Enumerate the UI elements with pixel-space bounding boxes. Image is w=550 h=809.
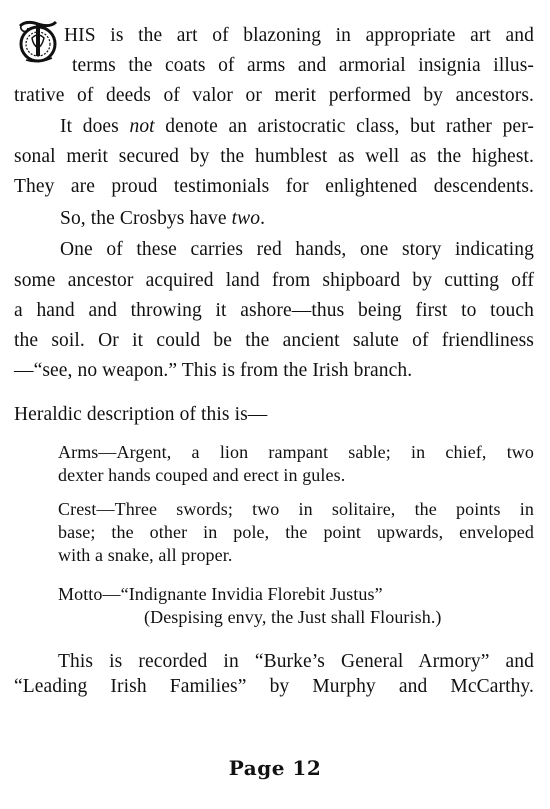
arms-line-2: dexter hands couped and erect in gules. bbox=[58, 466, 345, 484]
para3-suffix: . bbox=[260, 208, 265, 229]
motto-translation: (Despising envy, the Just shall Flourish… bbox=[144, 608, 442, 626]
para4-line-3: a hand and throwing it ashore—thus being… bbox=[14, 301, 534, 321]
para4-line-5: —“see, no weapon.” This is from the Iris… bbox=[14, 361, 412, 381]
closing-line-2: “Leading Irish Families” by Murphy and M… bbox=[14, 677, 534, 697]
para4-line-2: some ancestor acquired land from shipboa… bbox=[14, 271, 534, 291]
closing-line-1: This is recorded in “Burke’s General Arm… bbox=[58, 652, 534, 672]
intro-line-1: HIS is the art of blazoning in appropria… bbox=[64, 26, 534, 46]
intro-line-2: terms the coats of arms and armorial ins… bbox=[72, 56, 534, 76]
para3-line: So, the Crosbys have two. bbox=[60, 209, 265, 229]
para3-prefix: So, the Crosbys have bbox=[60, 208, 232, 229]
crest-line-3: with a snake, all proper. bbox=[58, 546, 232, 564]
para2-line-2: sonal merit secured by the humblest as w… bbox=[14, 147, 534, 167]
para4-line-4: the soil. Or it could be the ancient sal… bbox=[14, 331, 534, 351]
motto-latin: Motto—“Indignante Invidia Florebit Justu… bbox=[58, 585, 383, 603]
para2-prefix: It does bbox=[60, 116, 129, 137]
para2-line-1: It does not denote an aristocratic class… bbox=[60, 117, 534, 137]
para2-line-3: They are proud testimonials for enlighte… bbox=[14, 177, 534, 197]
arms-line-1: Arms—Argent, a lion rampant sable; in ch… bbox=[58, 443, 534, 461]
document-page: HIS is the art of blazoning in appropria… bbox=[0, 0, 550, 809]
crest-line-2: base; the other in pole, the point upwar… bbox=[58, 523, 534, 541]
para4-line-1: One of these carries red hands, one stor… bbox=[60, 240, 534, 260]
para3-emphasis: two bbox=[232, 208, 260, 229]
ornate-initial-t-icon bbox=[16, 18, 60, 64]
crest-line-1: Crest—Three swords; two in solitaire, th… bbox=[58, 500, 534, 518]
para2-suffix: denote an aristocratic class, but rather… bbox=[155, 116, 534, 137]
intro-line-3: trative of deeds of valor or merit perfo… bbox=[14, 86, 534, 106]
page-number: Page 12 bbox=[0, 756, 550, 780]
heraldic-heading: Heraldic description of this is— bbox=[14, 405, 267, 425]
para2-emphasis: not bbox=[129, 116, 154, 137]
